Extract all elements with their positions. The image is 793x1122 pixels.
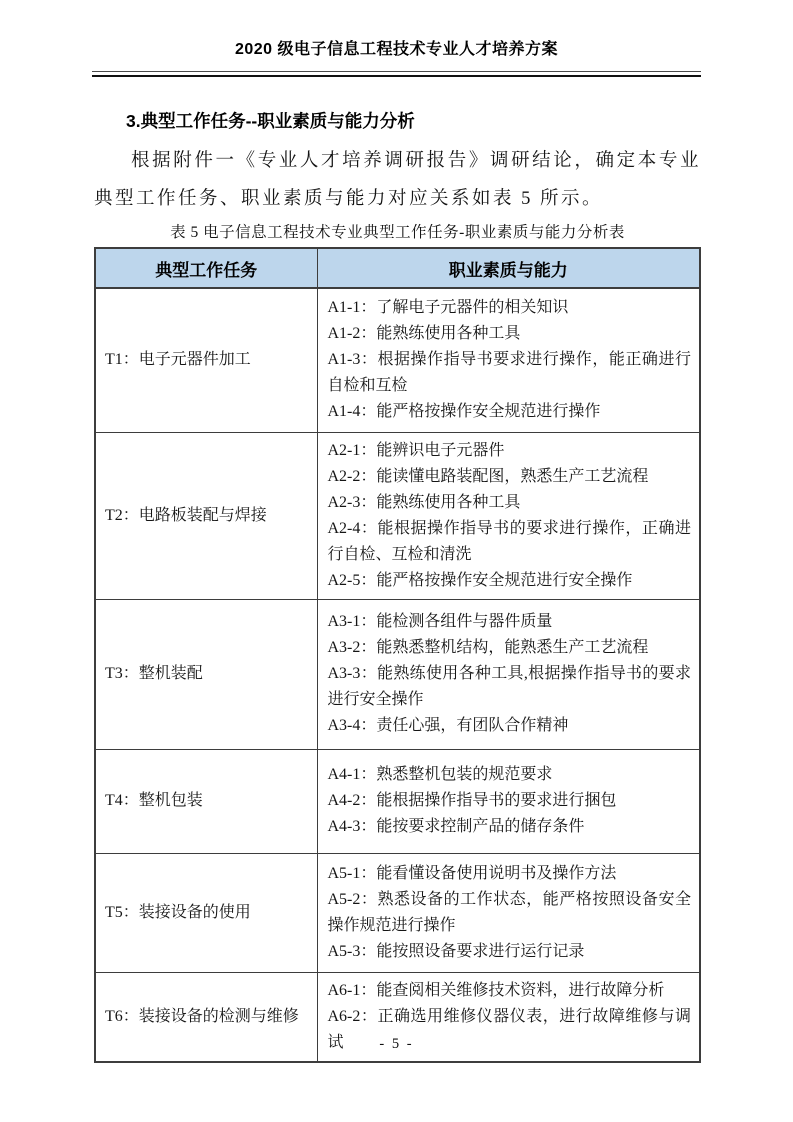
document-content: 3.典型工作任务--职业素质与能力分析 根据附件一《专业人才培养调研报告》调研结… [94,108,701,1063]
task-ability-table: 典型工作任务 职业素质与能力 T1：电子元器件加工 A1-1：了解电子元器件的相… [94,247,701,1063]
intro-paragraph: 根据附件一《专业人才培养调研报告》调研结论，确定本专业典型工作任务、职业素质与能… [94,142,701,218]
ability-item: A5-1：能看懂设备使用说明书及操作方法 [328,861,692,887]
header-divider-thick-line [92,75,701,77]
task-cell-t1: T1：电子元器件加工 [95,288,317,432]
ability-cell-t2: A2-1：能辨识电子元器件 A2-2：能读懂电路装配图，熟悉生产工艺流程 A2-… [317,432,700,599]
header-divider-thin-line [92,71,701,72]
task-cell-t3: T3：整机装配 [95,599,317,749]
ability-item: A5-3：能按照设备要求进行运行记录 [328,939,692,965]
table-header-row: 典型工作任务 职业素质与能力 [95,248,700,288]
ability-item: A2-4：能根据操作指导书的要求进行操作，正确进行自检、互检和清洗 [328,516,692,568]
ability-item: A4-1：熟悉整机包装的规范要求 [328,762,692,788]
table-row-t3: T3：整机装配 A3-1：能检测各组件与器件质量 A3-2：能熟悉整机结构，能熟… [95,599,700,749]
ability-cell-t4: A4-1：熟悉整机包装的规范要求 A4-2：能根据操作指导书的要求进行捆包 A4… [317,749,700,853]
ability-item: A3-1：能检测各组件与器件质量 [328,609,692,635]
ability-cell-t1: A1-1：了解电子元器件的相关知识 A1-2：能熟练使用各种工具 A1-3：根据… [317,288,700,432]
ability-item: A3-4：责任心强，有团队合作精神 [328,713,692,739]
ability-item: A5-2：熟悉设备的工作状态，能严格按照设备安全操作规范进行操作 [328,887,692,939]
table-caption: 表 5 电子信息工程技术专业典型工作任务-职业素质与能力分析表 [94,222,701,244]
table-row-t1: T1：电子元器件加工 A1-1：了解电子元器件的相关知识 A1-2：能熟练使用各… [95,288,700,432]
page-number: - 5 - [0,1036,793,1053]
ability-item: A2-5：能严格按操作安全规范进行安全操作 [328,568,692,594]
ability-item: A3-2：能熟悉整机结构，能熟悉生产工艺流程 [328,635,692,661]
document-page: 2020 级电子信息工程技术专业人才培养方案 3.典型工作任务--职业素质与能力… [0,0,793,1122]
column-header-task: 典型工作任务 [95,248,317,288]
task-cell-t4: T4：整机包装 [95,749,317,853]
ability-item: A4-2：能根据操作指导书的要求进行捆包 [328,788,692,814]
ability-item: A6-1：能查阅相关维修技术资料，进行故障分析 [328,978,692,1004]
ability-item: A4-3：能按要求控制产品的储存条件 [328,814,692,840]
column-header-ability: 职业素质与能力 [317,248,700,288]
ability-item: A2-2：能读懂电路装配图，熟悉生产工艺流程 [328,464,692,490]
table-row-t2: T2：电路板装配与焊接 A2-1：能辨识电子元器件 A2-2：能读懂电路装配图，… [95,432,700,599]
ability-item: A2-1：能辨识电子元器件 [328,438,692,464]
ability-item: A2-3：能熟练使用各种工具 [328,490,692,516]
ability-item: A1-1：了解电子元器件的相关知识 [328,295,692,321]
task-cell-t2: T2：电路板装配与焊接 [95,432,317,599]
ability-item: A1-3：根据操作指导书要求进行操作，能正确进行自检和互检 [328,347,692,399]
ability-item: A1-4：能严格按操作安全规范进行操作 [328,399,692,425]
ability-item: A1-2：能熟练使用各种工具 [328,321,692,347]
header-divider [92,71,701,77]
ability-item: A3-3：能熟练使用各种工具,根据操作指导书的要求进行安全操作 [328,661,692,713]
document-header: 2020 级电子信息工程技术专业人才培养方案 [92,40,701,77]
task-cell-t5: T5：装接设备的使用 [95,853,317,972]
table-row-t5: T5：装接设备的使用 A5-1：能看懂设备使用说明书及操作方法 A5-2：熟悉设… [95,853,700,972]
table-row-t4: T4：整机包装 A4-1：熟悉整机包装的规范要求 A4-2：能根据操作指导书的要… [95,749,700,853]
section-heading: 3.典型工作任务--职业素质与能力分析 [94,108,701,134]
ability-cell-t3: A3-1：能检测各组件与器件质量 A3-2：能熟悉整机结构，能熟悉生产工艺流程 … [317,599,700,749]
document-header-title: 2020 级电子信息工程技术专业人才培养方案 [92,40,701,60]
ability-cell-t5: A5-1：能看懂设备使用说明书及操作方法 A5-2：熟悉设备的工作状态，能严格按… [317,853,700,972]
